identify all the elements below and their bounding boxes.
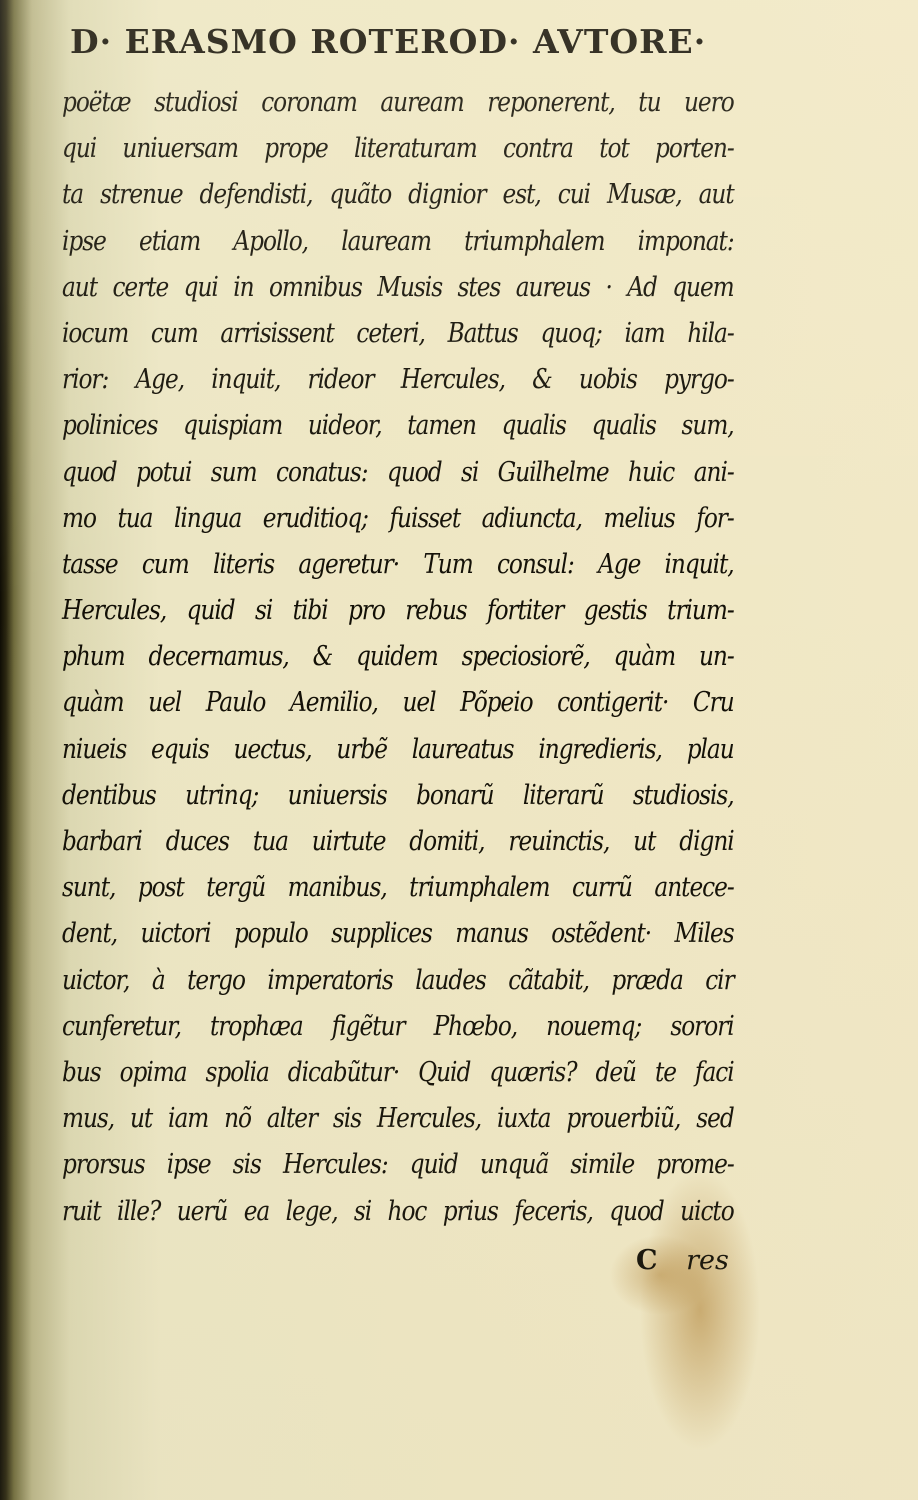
text-line: polinices quispiam uideor, tamen qualis … — [62, 403, 734, 449]
text-line: qui uniuersam prope literaturam contra t… — [62, 126, 734, 172]
text-line: tasse cum literis ageretur· Tum consul: … — [62, 542, 734, 588]
text-line: ipse etiam Apollo, lauream triumphalem i… — [62, 219, 734, 265]
text-line: dent, uictori populo supplices manus ost… — [62, 911, 734, 957]
body-text: poëtæ studiosi coronam auream reponerent… — [62, 80, 734, 1235]
text-line: Hercules, quid si tibi pro rebus fortite… — [62, 588, 734, 634]
text-line: uictor, à tergo imperatoris laudes cãtab… — [62, 958, 734, 1004]
text-line: iocum cum arrisissent ceteri, Battus quo… — [62, 311, 734, 357]
signature-mark: C — [636, 1245, 658, 1276]
text-line: ruit ille? uerũ ea lege, si hoc prius fe… — [62, 1189, 734, 1235]
text-line: mus, ut iam nõ alter sis Hercules, iuxta… — [62, 1096, 734, 1142]
text-line: barbari duces tua uirtute domiti, reuinc… — [62, 819, 734, 865]
page-footer: C res — [636, 1245, 729, 1276]
running-header: D· ERASMO ROTEROD· AVTORE· — [70, 22, 730, 61]
book-page-scan: D· ERASMO ROTEROD· AVTORE· poëtæ studios… — [0, 0, 918, 1500]
text-line: aut certe qui in omnibus Musis stes aure… — [62, 265, 734, 311]
text-line: bus opima spolia dicabũtur· Quid quæris?… — [62, 1050, 734, 1096]
text-line: rior: Age, inquit, rideor Hercules, & uo… — [62, 357, 734, 403]
text-line: prorsus ipse sis Hercules: quid unquã si… — [62, 1142, 734, 1188]
text-line: quàm uel Paulo Aemilio, uel Põpeio conti… — [62, 680, 734, 726]
text-line: poëtæ studiosi coronam auream reponerent… — [62, 80, 734, 126]
text-line: ta strenue defendisti, quãto dignior est… — [62, 172, 734, 218]
text-line: dentibus utrinq; uniuersis bonarũ litera… — [62, 773, 734, 819]
text-line: sunt, post tergũ manibus, triumphalem cu… — [62, 865, 734, 911]
catchword: res — [686, 1245, 729, 1276]
text-line: cunferetur, trophæa figẽtur Phœbo, nouem… — [62, 1004, 734, 1050]
text-line: quod potui sum conatus: quod si Guilhelm… — [62, 450, 734, 496]
text-line: mo tua lingua eruditioq; fuisset adiunct… — [62, 496, 734, 542]
text-line: phum decernamus, & quidem speciosiorẽ, q… — [62, 634, 734, 680]
text-line: niueis equis uectus, urbẽ laureatus ingr… — [62, 727, 734, 773]
